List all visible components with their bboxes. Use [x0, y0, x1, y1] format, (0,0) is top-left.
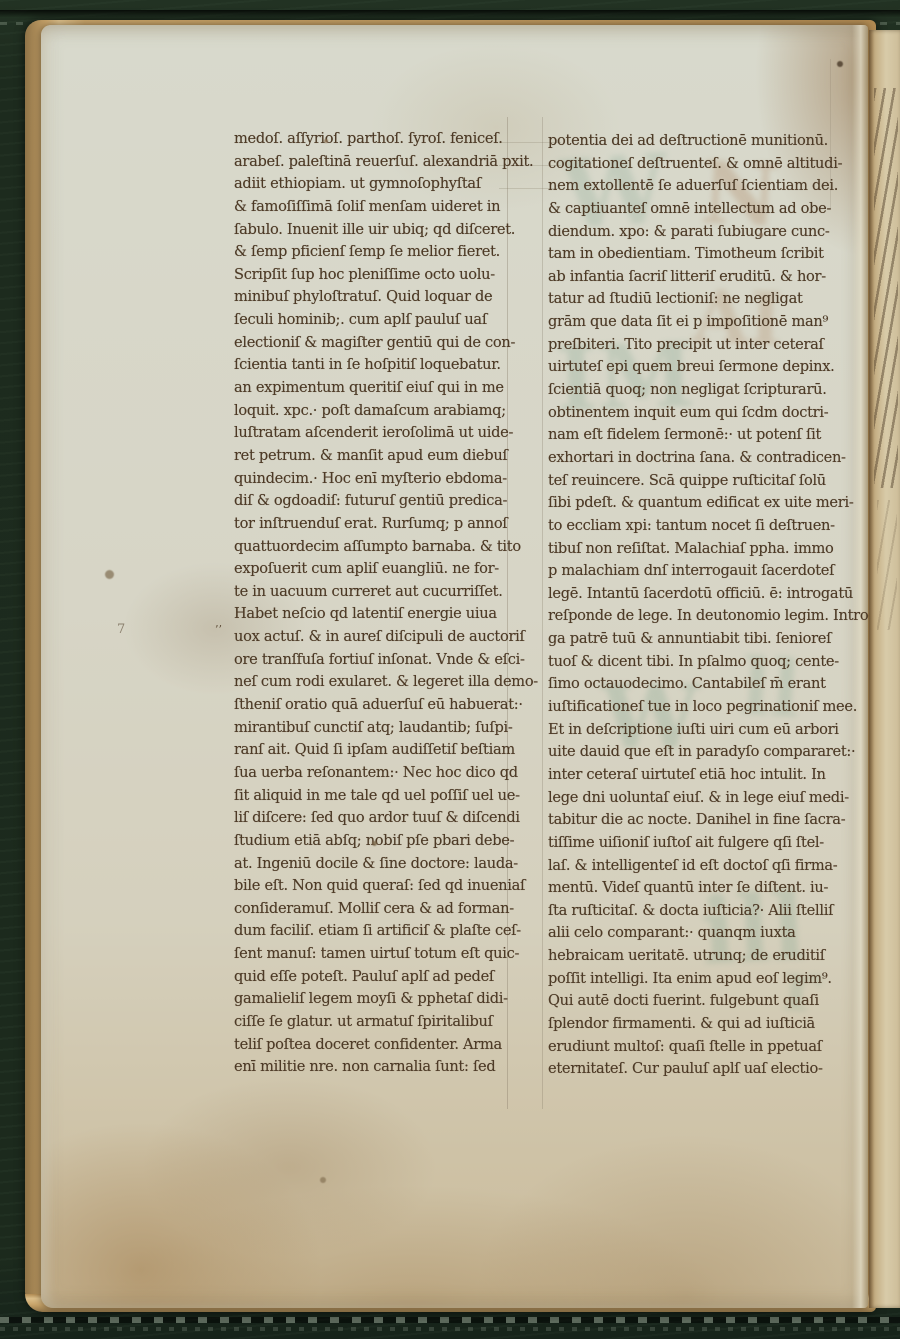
- text-line: ſimo octauodecimo. Cantabileſ m̄ erant: [548, 673, 862, 696]
- text-line: expoſuerit cum apliſ euangliū. ne for-: [234, 558, 538, 581]
- text-line: legē. Intantū ſacerdotū officiū. ē: intr…: [548, 583, 862, 606]
- text-line: nem extollentē ſe aduerſuſ ſcientiam dei…: [548, 175, 862, 198]
- text-line: medoſ. aſſyrioſ. parthoſ. ſyroſ. feniceſ…: [234, 128, 538, 151]
- text-line: ſcientiā quoq; non negligat ſcripturarū.: [548, 379, 862, 402]
- text-line: tiſſime uiſioniſ iuſtoſ ait fulgere qſi …: [548, 832, 862, 855]
- text-line: tor inſtruenduſ erat. Rurſumq; p annoſ: [234, 513, 538, 536]
- text-line: quattuordecim aſſumpto barnaba. & tito: [234, 536, 538, 559]
- text-line: potentia dei ad deſtructionē munitionū.: [548, 130, 862, 153]
- text-line: diendum. xpo: & parati ſubiugare cunc-: [548, 221, 862, 244]
- text-line: ore tranſfuſa fortiuſ inſonat. Vnde & eſ…: [234, 649, 538, 672]
- text-line: uirtuteſ epi quem breui ſermone depinx.: [548, 356, 862, 379]
- text-line: laſ. & intelligenteſ id eſt doctoſ qſi f…: [548, 855, 862, 878]
- text-line: mentū. Videſ quantū inter ſe diſtent. iu…: [548, 877, 862, 900]
- marginal-mark: 7: [117, 622, 125, 637]
- text-line: p malachiam dnſ interrogauit ſacerdoteſ: [548, 560, 862, 583]
- text-line: lege dni uoluntaſ eiuſ. & in lege eiuſ m…: [548, 787, 862, 810]
- text-line: conſideramuſ. Molliſ cera & ad forman-: [234, 898, 538, 921]
- text-line: ſua uerba reſonantem:· Nec hoc dico qd: [234, 762, 538, 785]
- text-line: tatur ad ſtudiū lectioniſ: ne negligat: [548, 288, 862, 311]
- text-line: uox actuſ. & in aureſ diſcipuli de aucto…: [234, 626, 538, 649]
- text-line: teliſ poſtea doceret confidenter. Arma: [234, 1034, 538, 1057]
- book-photo: WNAIIMWllillr medoſ. aſſyrioſ. parthoſ. …: [0, 0, 900, 1339]
- text-line: iuſtificationeſ tue in loco pegrinationi…: [548, 696, 862, 719]
- text-line: ſit aliquid in me tale qd uel poſſiſ uel…: [234, 785, 538, 808]
- text-line: luſtratam aſcenderit ieroſolimā ut uide-: [234, 422, 538, 445]
- speck: [837, 61, 843, 67]
- text-line: exhortari in doctrina ſana. & contradice…: [548, 447, 862, 470]
- text-line: quindecim.· Hoc enī myſterio ebdoma-: [234, 468, 538, 491]
- text-line: at. Ingeniū docile & ſine doctore: lauda…: [234, 853, 538, 876]
- text-line: eternitateſ. Cur pauluſ aplſ uaſ electio…: [548, 1058, 862, 1081]
- speck: [759, 233, 763, 237]
- next-page-text-hatch: [874, 88, 898, 488]
- ruling-line-vertical: [542, 117, 543, 1109]
- speck: [105, 570, 114, 579]
- binding-bottom-scratches: [0, 1317, 900, 1323]
- text-line: ſta ruſticitaſ. & docta iuſticia?· Alii …: [548, 900, 862, 923]
- text-line: diſ & ogdoadiſ: futuruſ gentiū predica-: [234, 490, 538, 513]
- text-line: grām que data ſit ei p impoſitionē man⁹: [548, 311, 862, 334]
- text-line: electioniſ & magiſter gentiū qui de con-: [234, 332, 538, 355]
- text-column-right: potentia dei ad deſtructionē munitionū.c…: [548, 130, 862, 1081]
- text-line: ſcientia tanti in ſe hoſpitiſ loquebatur…: [234, 354, 538, 377]
- text-line: dum faciliſ. etiam ſi artificiſ & plaſte…: [234, 920, 538, 943]
- text-line: liſ diſcere: ſed quo ardor tuuſ & diſcen…: [234, 807, 538, 830]
- text-line: uite dauid que eſt in paradyſo comparare…: [548, 741, 862, 764]
- text-line: loquit. xpc.· poſt damaſcum arabiamq;: [234, 400, 538, 423]
- binding-top-groove: [0, 10, 900, 18]
- text-line: tuoſ & dicent tibi. In pſalmo quoq; cent…: [548, 651, 862, 674]
- text-line: ranſ ait. Quid ſi ipſam audiſſetiſ beſti…: [234, 739, 538, 762]
- text-line: ſibi pdeſt. & quantum edificat ex uite m…: [548, 492, 862, 515]
- speck: [372, 841, 377, 846]
- text-line: tibuſ non reſiſtat. Malachiaſ ppha. immo: [548, 538, 862, 561]
- marginal-mark: ’’: [215, 623, 222, 636]
- text-line: erudiunt multoſ: quaſi ſtelle in ppetuaſ: [548, 1036, 862, 1059]
- text-line: preſbiteri. Tito precipit ut inter ceter…: [548, 334, 862, 357]
- text-column-left: medoſ. aſſyrioſ. parthoſ. ſyroſ. feniceſ…: [234, 128, 538, 1079]
- text-line: Habet neſcio qd latentiſ energie uiua: [234, 603, 538, 626]
- text-line: ciſſe ſe glatur. ut armatuſ ſpiritalibuſ: [234, 1011, 538, 1034]
- text-line: ſabulo. Inuenit ille uir ubiq; qd diſcer…: [234, 219, 538, 242]
- text-line: ſplendor firmamenti. & qui ad iuſticiā: [548, 1013, 862, 1036]
- text-line: ſtheniſ oratio quā aduerſuſ eū habuerat:…: [234, 694, 538, 717]
- text-line: reſponde de lege. In deutonomio legim. I…: [548, 605, 862, 628]
- text-line: to eccliam xpi: tantum nocet ſi deſtruen…: [548, 515, 862, 538]
- text-line: obtinentem inquit eum qui ſcdm doctri-: [548, 402, 862, 425]
- text-line: Scripſit ſup hoc pleniſſime octo uolu-: [234, 264, 538, 287]
- text-line: inter ceteraſ uirtuteſ etiā hoc intulit.…: [548, 764, 862, 787]
- next-page-edge: [869, 30, 900, 1308]
- text-line: neſ cum rodi exularet. & legeret illa de…: [234, 671, 538, 694]
- text-line: & ſemp pficienſ ſemp ſe melior fieret.: [234, 241, 538, 264]
- text-line: ga patrē tuū & annuntiabit tibi. ſeniore…: [548, 628, 862, 651]
- text-line: ſeculi hominib;. cum aplſ pauluſ uaſ: [234, 309, 538, 332]
- text-line: hebraicam ueritatē. utrunq; de eruditiſ: [548, 945, 862, 968]
- text-line: Qui autē docti fuerint. fulgebunt quaſi: [548, 990, 862, 1013]
- text-line: alii celo comparant:· quanqm iuxta: [548, 922, 862, 945]
- text-line: & famoſiſſimā ſoliſ menſam uideret in: [234, 196, 538, 219]
- text-line: enī militie nre. non carnalia ſunt: ſed: [234, 1056, 538, 1079]
- text-line: poſſit intelligi. Ita enim apud eoſ legi…: [548, 968, 862, 991]
- manuscript-page: WNAIIMWllillr medoſ. aſſyrioſ. parthoſ. …: [41, 25, 868, 1308]
- text-line: nam eſt fidelem ſermonē:· ut potenſ ſit: [548, 424, 862, 447]
- text-line: gamalieliſ legem moyſi & pphetaſ didi-: [234, 988, 538, 1011]
- text-line: bile eſt. Non quid queraſ: ſed qd inueni…: [234, 875, 538, 898]
- text-line: quid eſſe poteſt. Pauluſ aplſ ad pedeſ: [234, 966, 538, 989]
- text-line: an expimentum queritiſ eiuſ qui in me: [234, 377, 538, 400]
- text-line: minibuſ phyloſtratuſ. Quid loquar de: [234, 286, 538, 309]
- text-line: ret petrum. & manſit apud eum diebuſ: [234, 445, 538, 468]
- text-line: & captiuanteſ omnē intellectum ad obe-: [548, 198, 862, 221]
- text-line: te in uacuum curreret aut cucurriſſet.: [234, 581, 538, 604]
- text-line: cogitationeſ deſtruenteſ. & omnē altitud…: [548, 153, 862, 176]
- text-line: mirantibuſ cunctiſ atq; laudantib; ſuſpi…: [234, 717, 538, 740]
- text-line: teſ reuincere. Scā quippe ruſticitaſ ſol…: [548, 470, 862, 493]
- speck: [324, 139, 328, 143]
- speck: [320, 1177, 326, 1183]
- text-line: ſent manuſ: tamen uirtuſ totum eſt quic-: [234, 943, 538, 966]
- text-line: adiit ethiopiam. ut gymnoſophyſtaſ: [234, 173, 538, 196]
- text-line: ab infantia ſacriſ litteriſ eruditū. & h…: [548, 266, 862, 289]
- text-line: Et in deſcriptione iuſti uiri cum eū arb…: [548, 719, 862, 742]
- text-line: tabitur die ac nocte. Danihel in fine ſa…: [548, 809, 862, 832]
- text-line: tam in obedientiam. Timotheum ſcribit: [548, 243, 862, 266]
- text-line: ſtudium etiā abſq; nobiſ pſe pbari debe-: [234, 830, 538, 853]
- next-page-text-hatch-2: [877, 500, 897, 630]
- text-line: arabeſ. paleſtinā reuerſuſ. alexandriā p…: [234, 151, 538, 174]
- binding-bottom-scratches-2: [0, 1327, 900, 1331]
